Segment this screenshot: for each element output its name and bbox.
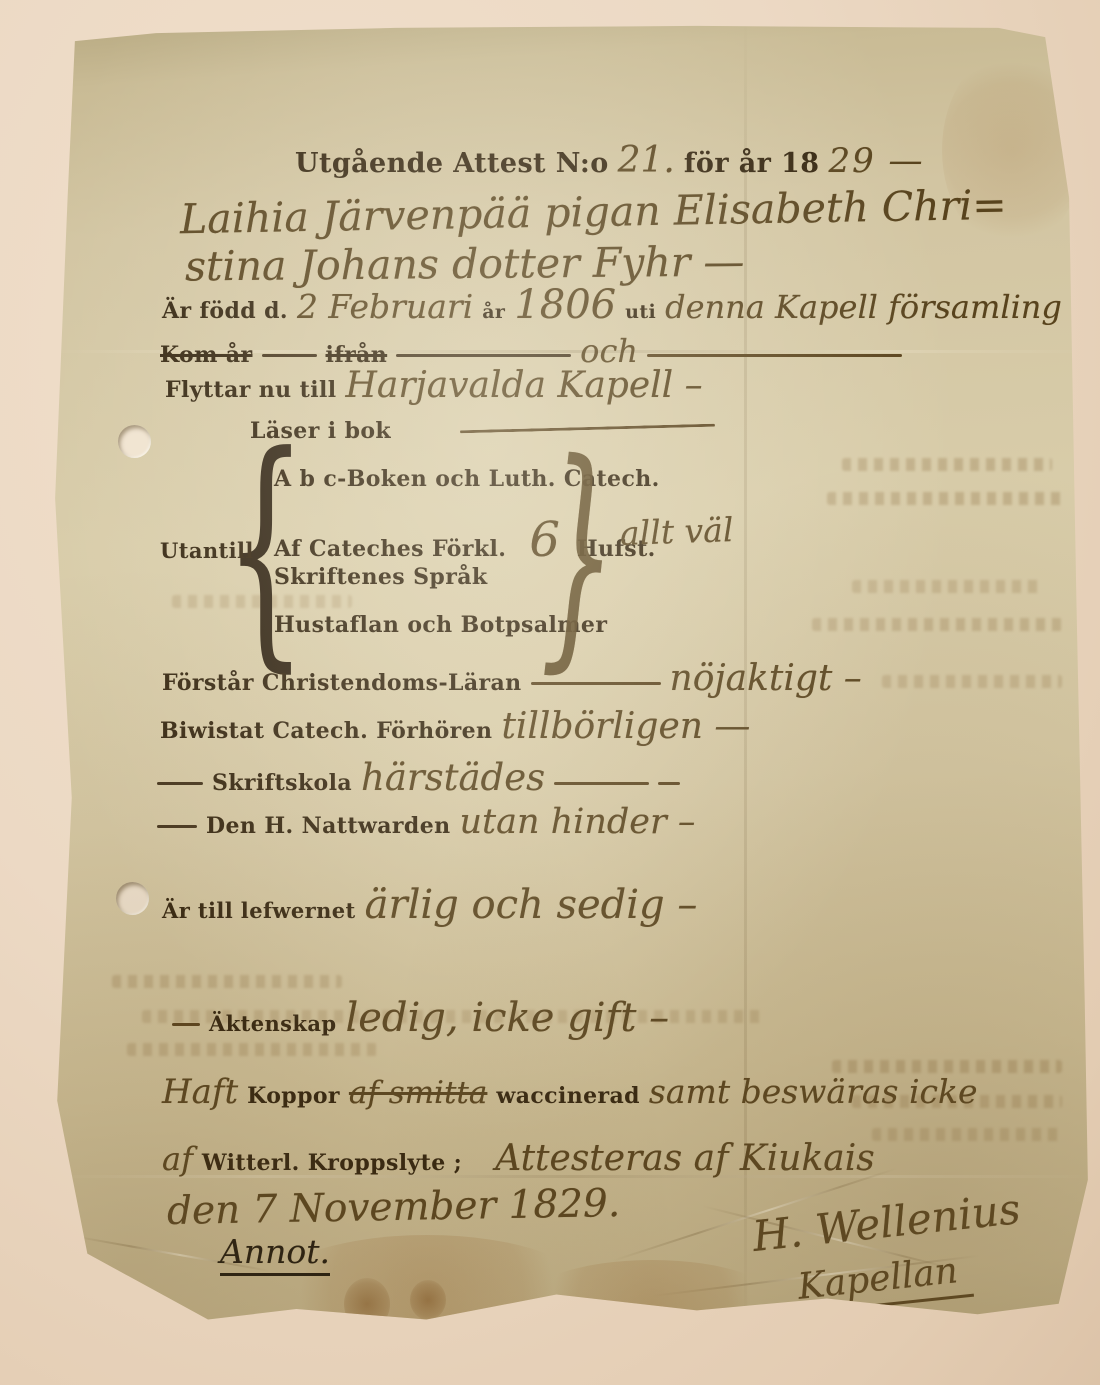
photo-background: { "colors": { "mat_background": "#ecd9c4… — [0, 0, 1100, 1385]
stain-drop — [344, 1278, 390, 1330]
smallpox-value-handwritten: samt beswäras icke — [649, 1072, 978, 1111]
conduct-label: Är till lefwernet — [162, 898, 356, 923]
utantill-item-3: Skriftenes Språk — [274, 564, 488, 590]
bleed-through-text — [852, 580, 1042, 593]
confirmation-school-line: Skriftskola härstädes — [157, 756, 680, 799]
birth-line: Är född d. 2 Februari år 1806 uti denna … — [162, 282, 1062, 328]
attended-line: Biwistat Catech. Förhören tillbörligen — — [160, 706, 750, 747]
person-name-handwritten: Laihia Järvenpää pigan Elisabeth Chri= — [180, 181, 1007, 243]
blank-rule — [647, 354, 902, 357]
bleed-through-text — [112, 975, 342, 988]
born-uti-label: uti — [625, 301, 656, 323]
reads-line: Läser i bok — [250, 418, 715, 444]
moving-line: Flyttar nu till Harjavalda Kapell – — [165, 365, 703, 406]
attested-handwritten: Attesteras af Kiukais — [495, 1138, 875, 1179]
name-line-1: Laihia Järvenpää pigan Elisabeth Chri= — [180, 181, 1007, 243]
title-printed-mid: för år 18 — [684, 148, 820, 179]
date-line: den 7 November 1829. — [167, 1181, 621, 1234]
conduct-value-handwritten: ärlig och sedig – — [365, 882, 698, 928]
punch-hole — [118, 425, 151, 458]
bleed-through-text — [872, 1128, 1062, 1141]
leading-dash-rule — [157, 825, 197, 828]
blank-rule — [396, 354, 571, 357]
date-handwritten: den 7 November 1829. — [167, 1181, 621, 1234]
conduct-line: Är till lefwernet ärlig och sedig – — [162, 882, 697, 928]
birth-parish-handwritten: denna Kapell församling — [665, 288, 1062, 326]
utantill-assessment-line: allt väl — [619, 510, 734, 553]
bleed-through-text — [882, 675, 1062, 688]
moving-destination-handwritten: Harjavalda Kapell – — [345, 365, 702, 406]
bodily-defect-line: af Witterl. Kroppslyte ; Attesteras af K… — [162, 1138, 875, 1179]
title-printed: Utgående Attest N:o — [295, 148, 609, 179]
koppor-label: Koppor — [247, 1083, 340, 1109]
understands-label: Förstår Christendoms-Läran — [162, 670, 522, 696]
title-year-handwritten: 29 — — [828, 141, 924, 181]
marriage-label: Äktenskap — [209, 1011, 336, 1036]
annotation-line: Annot. — [220, 1232, 330, 1276]
blank-rule — [531, 682, 661, 685]
smallpox-line: Haft Koppor af smitta waccinerad samt be… — [162, 1072, 978, 1112]
annotation-handwritten: Annot. — [220, 1232, 330, 1276]
bleed-through-text — [127, 1043, 377, 1056]
stain-drop — [410, 1280, 446, 1320]
marriage-value-handwritten: ledig, icke gift – — [345, 995, 669, 1041]
bleed-through-text — [827, 492, 1067, 505]
title-number-handwritten: 21. — [618, 140, 675, 181]
utantill-item-label: Skriftenes Språk — [274, 564, 488, 590]
handwritten-right-brace: } — [541, 446, 618, 661]
communion-line: Den H. Nattwarden utan hinder – — [157, 802, 695, 842]
signature-title-handwritten: Kapellan — [792, 1249, 974, 1315]
signature-name-handwritten: H. Wellenius — [750, 1184, 1022, 1261]
communion-value-handwritten: utan hinder – — [459, 802, 695, 842]
waccinerad-label: waccinerad — [496, 1083, 640, 1109]
assessment-handwritten: allt väl — [619, 510, 734, 553]
born-label: Är född d. — [162, 298, 288, 324]
blank-rule — [554, 782, 649, 785]
signature-title-line: Kapellan — [792, 1249, 974, 1315]
utantill-item-label: Af Cateches Förkl. — [274, 536, 506, 562]
birth-date-handwritten: 2 Februari — [297, 287, 473, 326]
title-line: Utgående Attest N:o 21. för år 18 29 — — [295, 140, 925, 181]
utantill-label-line: Utantill — [160, 538, 254, 563]
punch-hole — [116, 882, 149, 915]
af-handwritten: af — [162, 1140, 193, 1178]
kroppslyte-label: Witterl. Kroppslyte ; — [202, 1150, 462, 1176]
smitta-struck-handwritten: af smitta — [349, 1075, 487, 1111]
leading-dash-rule — [172, 1023, 200, 1026]
haft-handwritten: Haft — [162, 1072, 238, 1112]
blank-rule — [262, 354, 317, 357]
attended-label: Biwistat Catech. Förhören — [160, 718, 492, 744]
blank-rule — [658, 782, 680, 785]
bleed-through-text — [842, 458, 1052, 471]
communion-label: Den H. Nattwarden — [206, 813, 450, 839]
understands-value-handwritten: nöjaktigt – — [670, 658, 862, 699]
document-paper: Utgående Attest N:o 21. för år 18 29 — L… — [52, 20, 1092, 1338]
birth-year-handwritten: 1806 — [514, 282, 616, 328]
stain — [522, 1260, 782, 1350]
marriage-line: Äktenskap ledig, icke gift – — [172, 995, 669, 1041]
leading-dash-rule — [157, 782, 203, 785]
moving-label: Flyttar nu till — [165, 377, 336, 403]
utantill-label: Utantill — [160, 538, 254, 563]
confirmation-label: Skriftskola — [212, 770, 352, 796]
confirmation-value-handwritten: härstädes — [361, 756, 545, 799]
born-year-label: år — [482, 301, 505, 323]
attended-value-handwritten: tillbörligen — — [501, 706, 750, 747]
signature-name-line: H. Wellenius — [750, 1184, 1022, 1261]
bleed-through-text — [812, 618, 1062, 631]
understands-line: Förstår Christendoms-Läran nöjaktigt – — [162, 658, 862, 699]
